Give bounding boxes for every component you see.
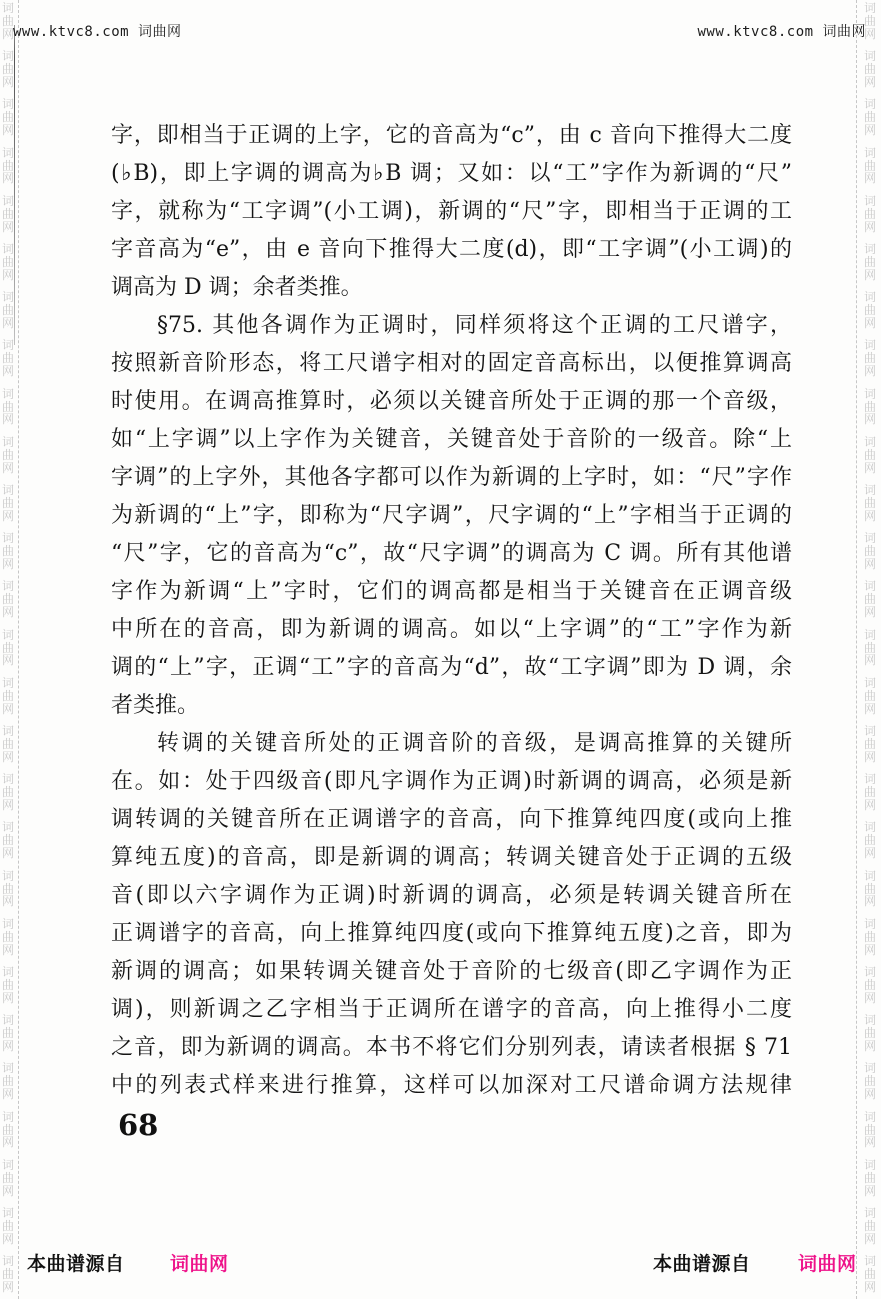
watermark-char: 词 [863,1014,877,1026]
watermark-char: 词 [863,98,877,110]
watermark-char: 词 [1,388,15,400]
watermark-char: 曲 [1,160,15,172]
watermark-char: 词 [863,339,877,351]
watermark-char: 词 [1,1062,15,1074]
text-line: 调转调的关键音所在正调谱字的音高，向下推算纯四度(或向上推 [111,801,792,839]
watermark-char: 网 [863,76,877,88]
watermark-char: 曲 [1,786,15,798]
text-line: (♭B)，即上字调的调高为♭B 调；又如：以“工”字作为新调的“尺” [111,155,792,193]
watermark-char: 曲 [863,642,877,654]
text-line: 音(即以六字调作为正调)时新调的调高，必须是转调关键音所在 [111,877,792,915]
watermark-char: 网 [1,172,15,184]
watermark-char: 词 [1,484,15,496]
watermark-char: 网 [863,654,877,666]
watermark-char: 词 [1,725,15,737]
watermark-char: 曲 [863,352,877,364]
watermark-char: 曲 [863,111,877,123]
watermark-char: 词 [863,629,877,641]
watermark-char: 词 [863,1207,877,1219]
text-line: 字调”的上字外，其他各字都可以作为新调的上字时，如：“尺”字作 [111,459,792,497]
text-line: 正调谱字的音高，向上推算纯四度(或向下推算纯五度)之音，即为 [111,915,792,953]
watermark-char: 网 [1,1185,15,1197]
watermark-char: 词 [1,532,15,544]
watermark-char: 网 [1,317,15,329]
watermark-char: 网 [863,124,877,136]
watermark-char: 网 [863,269,877,281]
watermark-char: 网 [1,895,15,907]
watermark-char: 网 [1,1233,15,1245]
watermark-char: 曲 [863,690,877,702]
watermark-column-left: 词曲网词曲网词曲网词曲网词曲网词曲网词曲网词曲网词曲网词曲网词曲网词曲网词曲网词… [1,0,15,1299]
watermark-char: 网 [1,462,15,474]
watermark-char: 网 [1,365,15,377]
watermark-char: 词 [1,1014,15,1026]
watermark-char: 词 [1,2,15,14]
watermark-char: 网 [1,76,15,88]
watermark-char: 词 [1,339,15,351]
watermark-char: 网 [863,317,877,329]
watermark-char: 网 [863,172,877,184]
watermark-char: 网 [1,221,15,233]
watermark-char: 曲 [1,111,15,123]
text-line: 调高为 D 调；余者类推。 [111,269,792,307]
text-line: 者类推。 [111,687,792,725]
watermark-char: 词 [863,1111,877,1123]
watermark-char: 网 [863,992,877,1004]
watermark-char: 网 [863,847,877,859]
watermark-char: 网 [863,413,877,425]
watermark-char: 网 [1,799,15,811]
text-line: 字，即相当于正调的上字，它的音高为“c”，由 c 音向下推得大二度 [111,117,792,155]
watermark-char: 词 [863,147,877,159]
watermark-char: 网 [1,1088,15,1100]
watermark-char: 网 [1,413,15,425]
watermark-char: 词 [863,484,877,496]
watermark-char: 词 [1,147,15,159]
watermark-char: 曲 [1,1075,15,1087]
watermark-char: 曲 [863,449,877,461]
watermark-char: 词 [863,388,877,400]
watermark-char: 曲 [863,63,877,75]
watermark-char: 网 [1,510,15,522]
watermark-char: 词 [863,580,877,592]
watermark-char: 词 [1,1159,15,1171]
footer-right-source: 本曲谱源自 [653,1251,751,1277]
watermark-char: 词 [863,1255,877,1267]
watermark-char: 曲 [1,1268,15,1280]
watermark-char: 词 [1,1111,15,1123]
watermark-char: 词 [1,436,15,448]
watermark-char: 词 [863,195,877,207]
watermark-char: 曲 [1,883,15,895]
watermark-char: 曲 [863,497,877,509]
watermark-char: 网 [863,221,877,233]
scanned-book-page: { "watermarks": { "top_left": "www.ktvc8… [0,0,881,1299]
watermark-char: 词 [863,821,877,833]
watermark-char: 曲 [863,979,877,991]
watermark-char: 网 [1,1281,15,1293]
watermark-char: 网 [1,269,15,281]
watermark-char: 网 [863,1233,877,1245]
watermark-char: 曲 [863,1124,877,1136]
watermark-char: 词 [1,773,15,785]
watermark-char: 网 [863,944,877,956]
watermark-char: 词 [863,677,877,689]
text-line: 调)，则新调之乙字相当于正调所在谱字的音高，向上推得小二度 [111,991,792,1029]
text-line: 时使用。在调高推算时，必须以关键音所处于正调的那一个音级， [111,383,792,421]
text-line: 在。如：处于四级音(即凡字调作为正调)时新调的调高，必须是新 [111,763,792,801]
watermark-char: 曲 [1,834,15,846]
watermark-char: 网 [863,1281,877,1293]
text-line: 调的“上”字，正调“工”字的音高为“d”，故“工字调”即为 D 调，余 [111,649,792,687]
watermark-char: 曲 [1,1027,15,1039]
watermark-char: 曲 [863,931,877,943]
text-line: §75. 其他各调作为正调时，同样须将这个正调的工尺谱字， [111,307,792,345]
watermark-char: 词 [1,195,15,207]
watermark-char: 词 [863,532,877,544]
watermark-char: 曲 [1,497,15,509]
watermark-char: 词 [1,580,15,592]
watermark-char: 网 [1,1040,15,1052]
text-line: “尺”字，它的音高为“c”，故“尺字调”的调高为 C 调。所有其他谱 [111,535,792,573]
watermark-char: 词 [863,773,877,785]
watermark-char: 词 [1,1207,15,1219]
watermark-char: 曲 [863,160,877,172]
watermark-char: 曲 [863,401,877,413]
text-line: 算纯五度)的音高，即是新调的调高；转调关键音处于正调的五级 [111,839,792,877]
body-text: 字，即相当于正调的上字，它的音高为“c”，由 c 音向下推得大二度(♭B)，即上… [111,117,792,1105]
text-line: 按照新音阶形态，将工尺谱字相对的固定音高标出，以便推算调高 [111,345,792,383]
watermark-char: 曲 [1,642,15,654]
watermark-char: 曲 [863,738,877,750]
watermark-char: 词 [1,821,15,833]
watermark-char: 网 [1,703,15,715]
watermark-char: 网 [1,944,15,956]
watermark-char: 曲 [1,208,15,220]
watermark-char: 网 [863,895,877,907]
watermark-char: 网 [863,558,877,570]
watermark-char: 词 [863,725,877,737]
watermark-char: 网 [1,654,15,666]
watermark-char: 词 [863,291,877,303]
watermark-char: 网 [1,1136,15,1148]
watermark-char: 曲 [1,690,15,702]
watermark-char: 词 [863,1062,877,1074]
watermark-column-right: 词曲网词曲网词曲网词曲网词曲网词曲网词曲网词曲网词曲网词曲网词曲网词曲网词曲网词… [863,0,877,1299]
watermark-char: 网 [863,1040,877,1052]
watermark-char: 词 [1,677,15,689]
watermark-char: 曲 [863,593,877,605]
watermark-char: 词 [863,918,877,930]
watermark-top-left: www.ktvc8.com 词曲网 [13,24,182,40]
dashed-line-left [18,0,19,1299]
watermark-char: 词 [1,629,15,641]
watermark-char: 网 [863,703,877,715]
text-line: 新调的调高；如果转调关键音处于音阶的七级音(即乙字调作为正 [111,953,792,991]
watermark-char: 词 [1,243,15,255]
watermark-char: 曲 [1,304,15,316]
watermark-char: 曲 [863,1220,877,1232]
watermark-char: 曲 [1,449,15,461]
watermark-char: 词 [1,291,15,303]
watermark-char: 曲 [863,834,877,846]
text-line: 转调的关键音所处的正调音阶的音级，是调高推算的关键所 [111,725,792,763]
watermark-char: 曲 [1,352,15,364]
watermark-char: 词 [863,870,877,882]
watermark-char: 网 [1,124,15,136]
watermark-char: 网 [1,558,15,570]
watermark-char: 曲 [863,1027,877,1039]
watermark-char: 曲 [863,545,877,557]
text-line: 为新调的“上”字，即称为“尺字调”，尺字调的“上”字相当于正调的 [111,497,792,535]
watermark-char: 曲 [1,1220,15,1232]
text-line: 如“上字调”以上字作为关键音，关键音处于音阶的一级音。除“上 [111,421,792,459]
watermark-char: 网 [1,847,15,859]
watermark-char: 曲 [1,979,15,991]
watermark-char: 网 [863,1136,877,1148]
watermark-char: 词 [863,2,877,14]
scan-artifact-line [14,25,15,345]
watermark-char: 网 [863,365,877,377]
watermark-char: 网 [863,462,877,474]
footer-left-source: 本曲谱源自 [27,1251,125,1277]
watermark-char: 词 [1,870,15,882]
watermark-char: 网 [863,799,877,811]
watermark-char: 网 [863,1185,877,1197]
watermark-char: 曲 [863,304,877,316]
watermark-char: 词 [863,966,877,978]
watermark-char: 词 [1,918,15,930]
watermark-char: 词 [863,50,877,62]
watermark-char: 网 [863,751,877,763]
watermark-char: 曲 [863,1268,877,1280]
watermark-char: 网 [1,606,15,618]
watermark-char: 曲 [1,63,15,75]
watermark-char: 词 [1,966,15,978]
watermark-char: 词 [863,243,877,255]
watermark-char: 词 [863,1159,877,1171]
watermark-char: 词 [1,1255,15,1267]
watermark-char: 曲 [863,1075,877,1087]
watermark-char: 网 [1,992,15,1004]
dashed-line-right [856,0,857,1299]
watermark-char: 曲 [863,208,877,220]
watermark-char: 网 [863,510,877,522]
watermark-char: 词 [1,50,15,62]
watermark-char: 网 [863,606,877,618]
watermark-char: 词 [863,436,877,448]
text-line: 字作为新调“上”字时，它们的调高都是相当于关键音在正调音级 [111,573,792,611]
watermark-char: 曲 [863,786,877,798]
watermark-char: 曲 [1,401,15,413]
watermark-char: 网 [863,1088,877,1100]
footer-left-brand: 词曲网 [170,1251,229,1277]
watermark-top-right: www.ktvc8.com 词曲网 [697,24,866,40]
watermark-char: 网 [1,751,15,763]
watermark-char: 曲 [863,883,877,895]
text-line: 中的列表式样来进行推算，这样可以加深对工尺谱命调方法规律 [111,1067,792,1105]
watermark-char: 曲 [1,1172,15,1184]
watermark-char: 曲 [1,545,15,557]
watermark-char: 曲 [1,1124,15,1136]
text-line: 之音，即为新调的调高。本书不将它们分别列表，请读者根据 § 71 [111,1029,792,1067]
watermark-char: 曲 [1,931,15,943]
watermark-char: 曲 [863,256,877,268]
watermark-char: 曲 [863,1172,877,1184]
page-number: 68 [118,1106,158,1144]
watermark-char: 曲 [1,738,15,750]
footer-right-brand: 词曲网 [798,1251,857,1277]
watermark-char: 词 [1,98,15,110]
text-line: 字，就称为“工字调”(小工调)，新调的“尺”字，即相当于正调的工 [111,193,792,231]
text-line: 字音高为“e”，由 e 音向下推得大二度(d)，即“工字调”(小工调)的 [111,231,792,269]
watermark-char: 曲 [1,593,15,605]
watermark-char: 曲 [1,256,15,268]
text-line: 中所在的音高，即为新调的调高。如以“上字调”的“工”字作为新 [111,611,792,649]
